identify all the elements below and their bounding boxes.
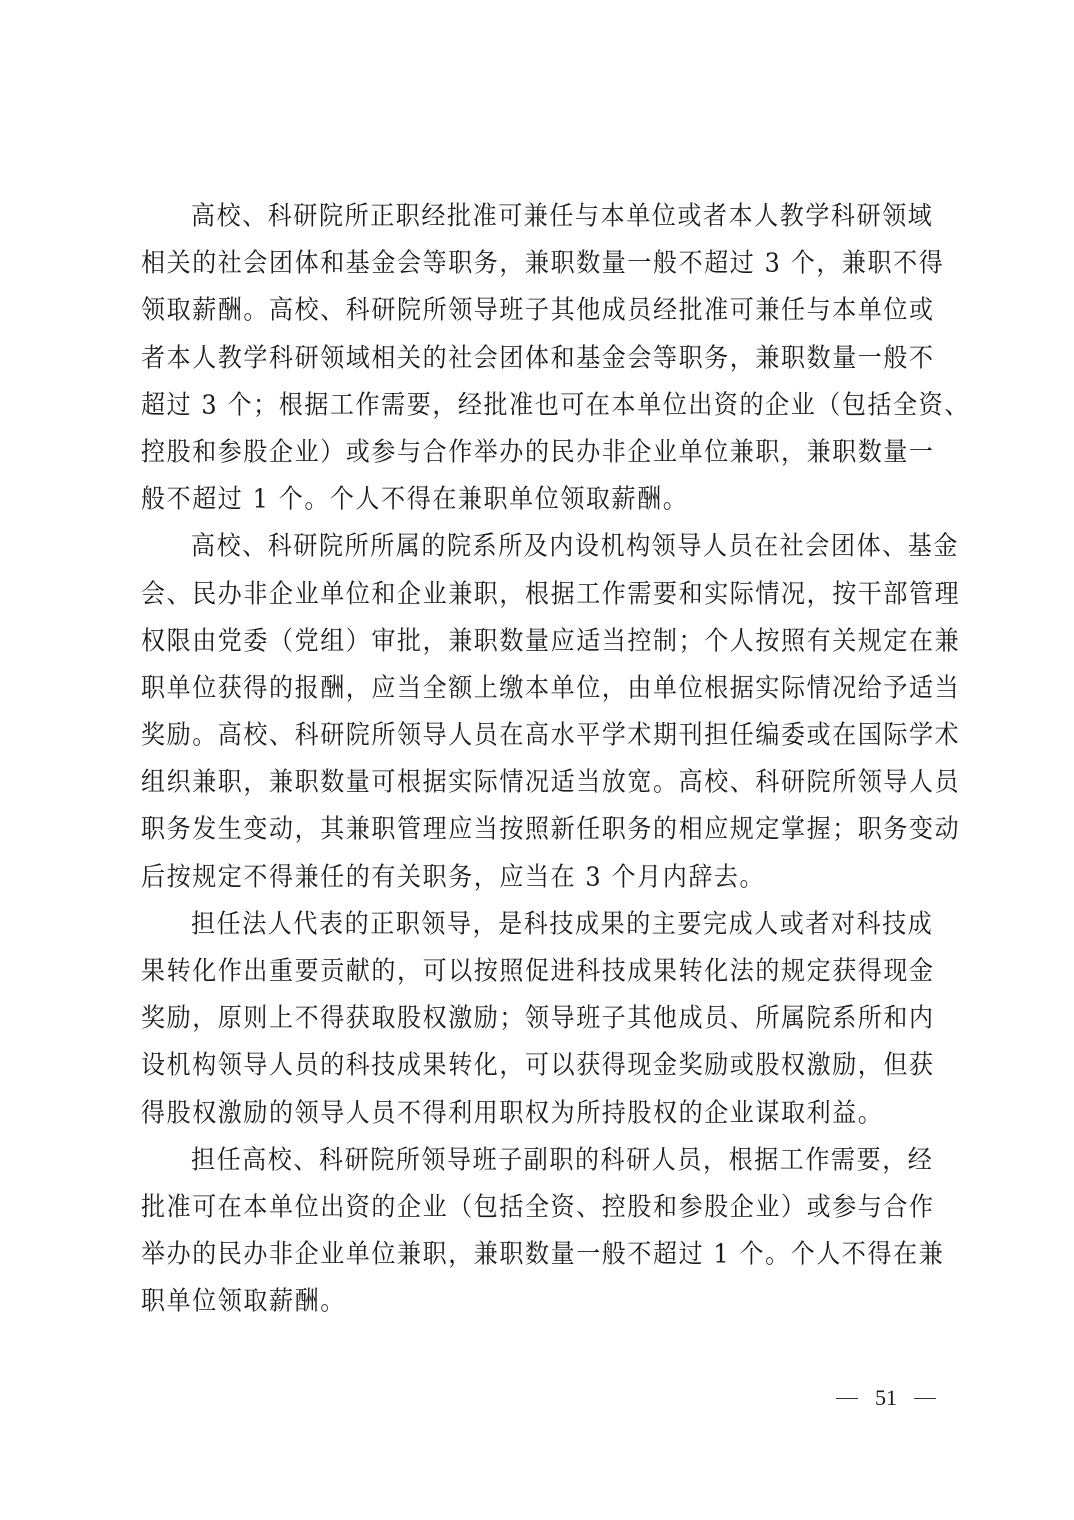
page-number: 51: [875, 1385, 897, 1411]
right-dash-decoration: [914, 1398, 936, 1399]
paragraph-3-line-4: 设机构领导人员的科技成果转化，可以获得现金奖励或股权激励，但获: [141, 1040, 923, 1091]
paragraph-4-line-4: 职单位领取薪酬。: [141, 1276, 923, 1327]
paragraph-4-line-2: 批准可在本单位出资的企业（包括全资、控股和参股企业）或参与合作: [141, 1182, 923, 1233]
paragraph-1-line-4: 者本人教学科研领域相关的社会团体和基金会等职务，兼职数量一般不: [141, 333, 923, 384]
body-text: 高校、科研院所正职经批准可兼任与本单位或者本人教学科研领域 相关的社会团体和基金…: [141, 193, 923, 1326]
paragraph-2-line-3: 权限由党委（党组）审批，兼职数量应适当控制；个人按照有关规定在兼: [141, 616, 923, 667]
paragraph-1-line-1: 高校、科研院所正职经批准可兼任与本单位或者本人教学科研领域: [141, 191, 923, 242]
paragraph-1-line-3: 领取薪酬。高校、科研院所领导班子其他成员经批准可兼任与本单位或: [141, 285, 923, 336]
page-number-footer: 51: [836, 1384, 936, 1412]
paragraph-1-line-6: 控股和参股企业）或参与合作举办的民办非企业单位兼职，兼职数量一: [141, 427, 923, 478]
paragraph-1-line-5: 超过 3 个；根据工作需要，经批准也可在本单位出资的企业（包括全资、: [141, 380, 923, 431]
paragraph-1-line-7: 般不超过 1 个。个人不得在兼职单位领取薪酬。: [141, 474, 923, 525]
paragraph-3-line-3: 奖励，原则上不得获取股权激励；领导班子其他成员、所属院系所和内: [141, 993, 923, 1044]
paragraph-2-line-6: 组织兼职，兼职数量可根据实际情况适当放宽。高校、科研院所领导人员: [141, 757, 923, 808]
paragraph-2-line-5: 奖励。高校、科研院所领导人员在高水平学术期刊担任编委或在国际学术: [141, 710, 923, 761]
paragraph-3-line-2: 果转化作出重要贡献的，可以按照促进科技成果转化法的规定获得现金: [141, 946, 923, 997]
paragraph-2-line-7: 职务发生变动，其兼职管理应当按照新任职务的相应规定掌握；职务变动: [141, 805, 923, 856]
paragraph-4-line-3: 举办的民办非企业单位兼职，兼职数量一般不超过 1 个。个人不得在兼: [141, 1229, 923, 1280]
paragraph-1-line-2: 相关的社会团体和基金会等职务，兼职数量一般不超过 3 个，兼职不得: [141, 238, 923, 289]
paragraph-2-line-1: 高校、科研院所所属的院系所及内设机构领导人员在社会团体、基金: [141, 521, 923, 572]
paragraph-2-line-8: 后按规定不得兼任的有关职务，应当在 3 个月内辞去。: [141, 852, 923, 903]
paragraph-3-line-5: 得股权激励的领导人员不得利用职权为所持股权的企业谋取利益。: [141, 1088, 923, 1139]
paragraph-3-line-1: 担任法人代表的正职领导，是科技成果的主要完成人或者对科技成: [141, 899, 923, 950]
left-dash-decoration: [836, 1398, 858, 1399]
paragraph-2-line-2: 会、民办非企业单位和企业兼职，根据工作需要和实际情况，按干部管理: [141, 569, 923, 620]
paragraph-4-line-1: 担任高校、科研院所领导班子副职的科研人员，根据工作需要，经: [141, 1135, 923, 1186]
document-page: 高校、科研院所正职经批准可兼任与本单位或者本人教学科研领域 相关的社会团体和基金…: [0, 0, 1074, 1520]
paragraph-2-line-4: 职单位获得的报酬，应当全额上缴本单位，由单位根据实际情况给予适当: [141, 663, 923, 714]
